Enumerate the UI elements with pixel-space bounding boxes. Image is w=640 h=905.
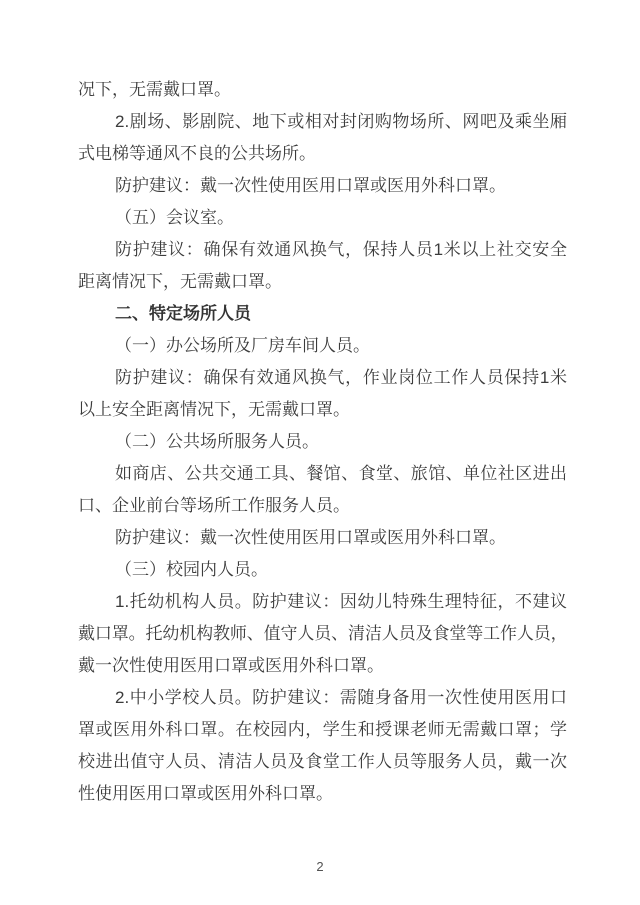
document-page: 况下，无需戴口罩。2.剧场、影剧院、地下或相对封闭购物场所、网吧及乘坐厢式电梯等… (0, 0, 640, 905)
text-line: 2.剧场、影剧院、地下或相对封闭购物场所、网吧及乘坐厢 (78, 106, 567, 138)
text-line: 如商店、公共交通工具、餐馆、食堂、旅馆、单位社区进出 (78, 458, 567, 490)
section-heading: 二、特定场所人员 (78, 298, 567, 330)
text-line: （一）办公场所及厂房车间人员。 (78, 330, 567, 362)
text-line: 戴口罩。托幼机构教师、值守人员、清洁人员及食堂等工作人员， (78, 618, 567, 650)
text-line: （三）校园内人员。 (78, 554, 567, 586)
text-line: 防护建议：戴一次性使用医用口罩或医用外科口罩。 (78, 170, 567, 202)
text-line: 距离情况下，无需戴口罩。 (78, 266, 567, 298)
text-line: 口、企业前台等场所工作服务人员。 (78, 490, 567, 522)
text-line: 防护建议：确保有效通风换气，保持人员1米以上社交安全 (78, 234, 567, 266)
text-line: 防护建议：戴一次性使用医用口罩或医用外科口罩。 (78, 522, 567, 554)
text-line: 以上安全距离情况下，无需戴口罩。 (78, 394, 567, 426)
text-line: 戴一次性使用医用口罩或医用外科口罩。 (78, 650, 567, 682)
text-line: 校进出值守人员、清洁人员及食堂工作人员等服务人员，戴一次 (78, 746, 567, 778)
text-line: 防护建议：确保有效通风换气，作业岗位工作人员保持1米 (78, 362, 567, 394)
text-line: （二）公共场所服务人员。 (78, 426, 567, 458)
text-line: 性使用医用口罩或医用外科口罩。 (78, 778, 567, 810)
text-line: （五）会议室。 (78, 202, 567, 234)
text-line: 1.托幼机构人员。防护建议：因幼儿特殊生理特征，不建议 (78, 586, 567, 618)
text-line: 2.中小学校人员。防护建议：需随身备用一次性使用医用口 (78, 682, 567, 714)
document-text-block: 况下，无需戴口罩。2.剧场、影剧院、地下或相对封闭购物场所、网吧及乘坐厢式电梯等… (78, 74, 567, 810)
text-line: 况下，无需戴口罩。 (78, 74, 567, 106)
text-line: 式电梯等通风不良的公共场所。 (78, 138, 567, 170)
text-line: 罩或医用外科口罩。在校园内，学生和授课老师无需戴口罩；学 (78, 714, 567, 746)
page-number: 2 (0, 859, 640, 874)
